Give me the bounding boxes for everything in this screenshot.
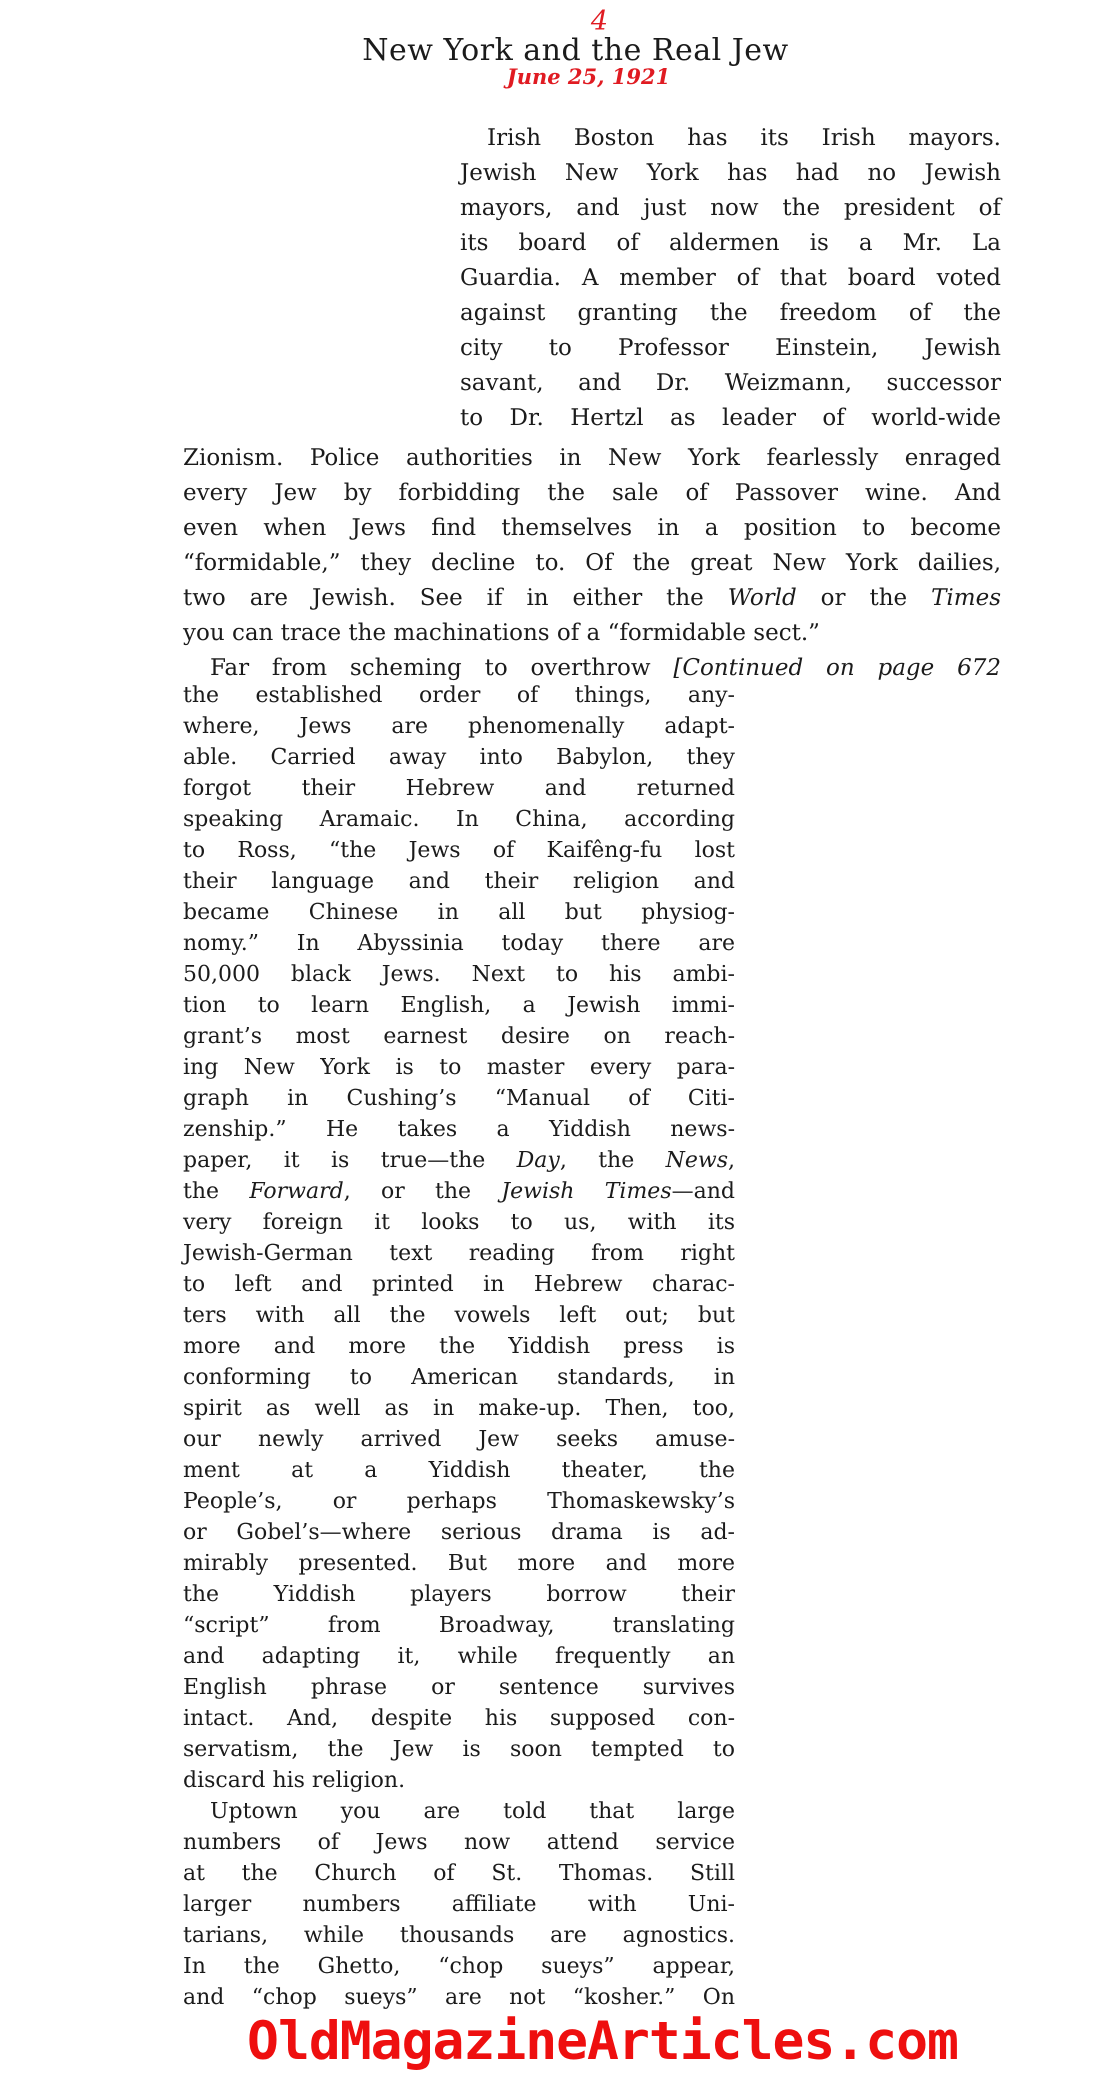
text-line: to left and printed in Hebrew charac- — [183, 1269, 735, 1300]
text-line: Jewish New York has had no Jewish — [460, 156, 1001, 191]
text-line: very foreign it looks to us, with its — [183, 1207, 735, 1238]
article-text-block-full-width: Zionism. Police authorities in New York … — [183, 441, 1001, 686]
text-line: ment at a Yiddish theater, the — [183, 1455, 735, 1486]
text-line: forgot their Hebrew and returned — [183, 773, 735, 804]
text-line: the established order of things, any- — [183, 680, 735, 711]
text-line: People’s, or perhaps Thomaskewsky’s — [183, 1486, 735, 1517]
text-line: servatism, the Jew is soon tempted to — [183, 1734, 735, 1765]
text-line: numbers of Jews now attend service — [183, 1827, 735, 1858]
text-line: 50,000 black Jews. Next to his ambi- — [183, 959, 735, 990]
text-line: discard his religion. — [183, 1765, 735, 1796]
text-line: Guardia. A member of that board voted — [460, 261, 1001, 296]
text-line: more and more the Yiddish press is — [183, 1331, 735, 1362]
text-line: Jewish-German text reading from right — [183, 1238, 735, 1269]
text-line: to Dr. Hertzl as leader of world-wide — [460, 401, 1001, 436]
article-text-block-right-column: Irish Boston has its Irish mayors.Jewish… — [460, 121, 1001, 436]
text-line: nomy.” In Abyssinia today there are — [183, 928, 735, 959]
text-line: its board of aldermen is a Mr. La — [460, 226, 1001, 261]
text-line: spirit as well as in make-up. Then, too, — [183, 1393, 735, 1424]
text-line: tion to learn English, a Jewish immi- — [183, 990, 735, 1021]
text-line: where, Jews are phenomenally adapt- — [183, 711, 735, 742]
text-line: zenship.” He takes a Yiddish news- — [183, 1114, 735, 1145]
text-line: even when Jews find themselves in a posi… — [183, 511, 1001, 546]
text-line: against granting the freedom of the — [460, 296, 1001, 331]
text-line: their language and their religion and — [183, 866, 735, 897]
text-line: paper, it is true—the Day, the News, — [183, 1145, 735, 1176]
text-line: the Forward, or the Jewish Times—and — [183, 1176, 735, 1207]
text-line: every Jew by forbidding the sale of Pass… — [183, 476, 1001, 511]
magazine-scan-page: 4 New York and the Real Jew June 25, 192… — [0, 0, 1111, 2091]
text-line: and “chop sueys” are not “kosher.” On — [183, 1982, 735, 2013]
text-line: conforming to American standards, in — [183, 1362, 735, 1393]
text-line: ing New York is to master every para- — [183, 1052, 735, 1083]
text-line: speaking Aramaic. In China, according — [183, 804, 735, 835]
text-line: city to Professor Einstein, Jewish — [460, 331, 1001, 366]
text-line: grant’s most earnest desire on reach- — [183, 1021, 735, 1052]
text-line: to Ross, “the Jews of Kaifêng-fu lost — [183, 835, 735, 866]
text-line: “script” from Broadway, translating — [183, 1610, 735, 1641]
text-line: graph in Cushing’s “Manual of Citi- — [183, 1083, 735, 1114]
text-line: In the Ghetto, “chop sueys” appear, — [183, 1951, 735, 1982]
article-title: New York and the Real Jew — [20, 33, 1111, 68]
article-text-block-left-column: the established order of things, any-whe… — [183, 680, 735, 2013]
text-line: two are Jewish. See if in either the Wor… — [183, 581, 1001, 616]
text-line: English phrase or sentence survives — [183, 1672, 735, 1703]
text-line: and adapting it, while frequently an — [183, 1641, 735, 1672]
text-line: you can trace the machinations of a “for… — [183, 616, 1001, 651]
text-line: became Chinese in all but physiog- — [183, 897, 735, 928]
text-line: Uptown you are told that large — [183, 1796, 735, 1827]
text-line: mayors, and just now the president of — [460, 191, 1001, 226]
text-line: tarians, while thousands are agnostics. — [183, 1920, 735, 1951]
text-line: mirably presented. But more and more — [183, 1548, 735, 1579]
text-line: ters with all the vowels left out; but — [183, 1300, 735, 1331]
text-line: “formidable,” they decline to. Of the gr… — [183, 546, 1001, 581]
text-line: Irish Boston has its Irish mayors. — [460, 121, 1001, 156]
text-line: intact. And, despite his supposed con- — [183, 1703, 735, 1734]
article-date: June 25, 1921 — [33, 64, 1111, 89]
text-line: able. Carried away into Babylon, they — [183, 742, 735, 773]
text-line: Zionism. Police authorities in New York … — [183, 441, 1001, 476]
text-line: the Yiddish players borrow their — [183, 1579, 735, 1610]
text-line: at the Church of St. Thomas. Still — [183, 1858, 735, 1889]
text-line: larger numbers affiliate with Uni- — [183, 1889, 735, 1920]
text-line: our newly arrived Jew seeks amuse- — [183, 1424, 735, 1455]
text-line: savant, and Dr. Weizmann, successor — [460, 366, 1001, 401]
text-line: or Gobel’s—where serious drama is ad- — [183, 1517, 735, 1548]
site-watermark: OldMagazineArticles.com — [47, 2011, 1111, 2072]
